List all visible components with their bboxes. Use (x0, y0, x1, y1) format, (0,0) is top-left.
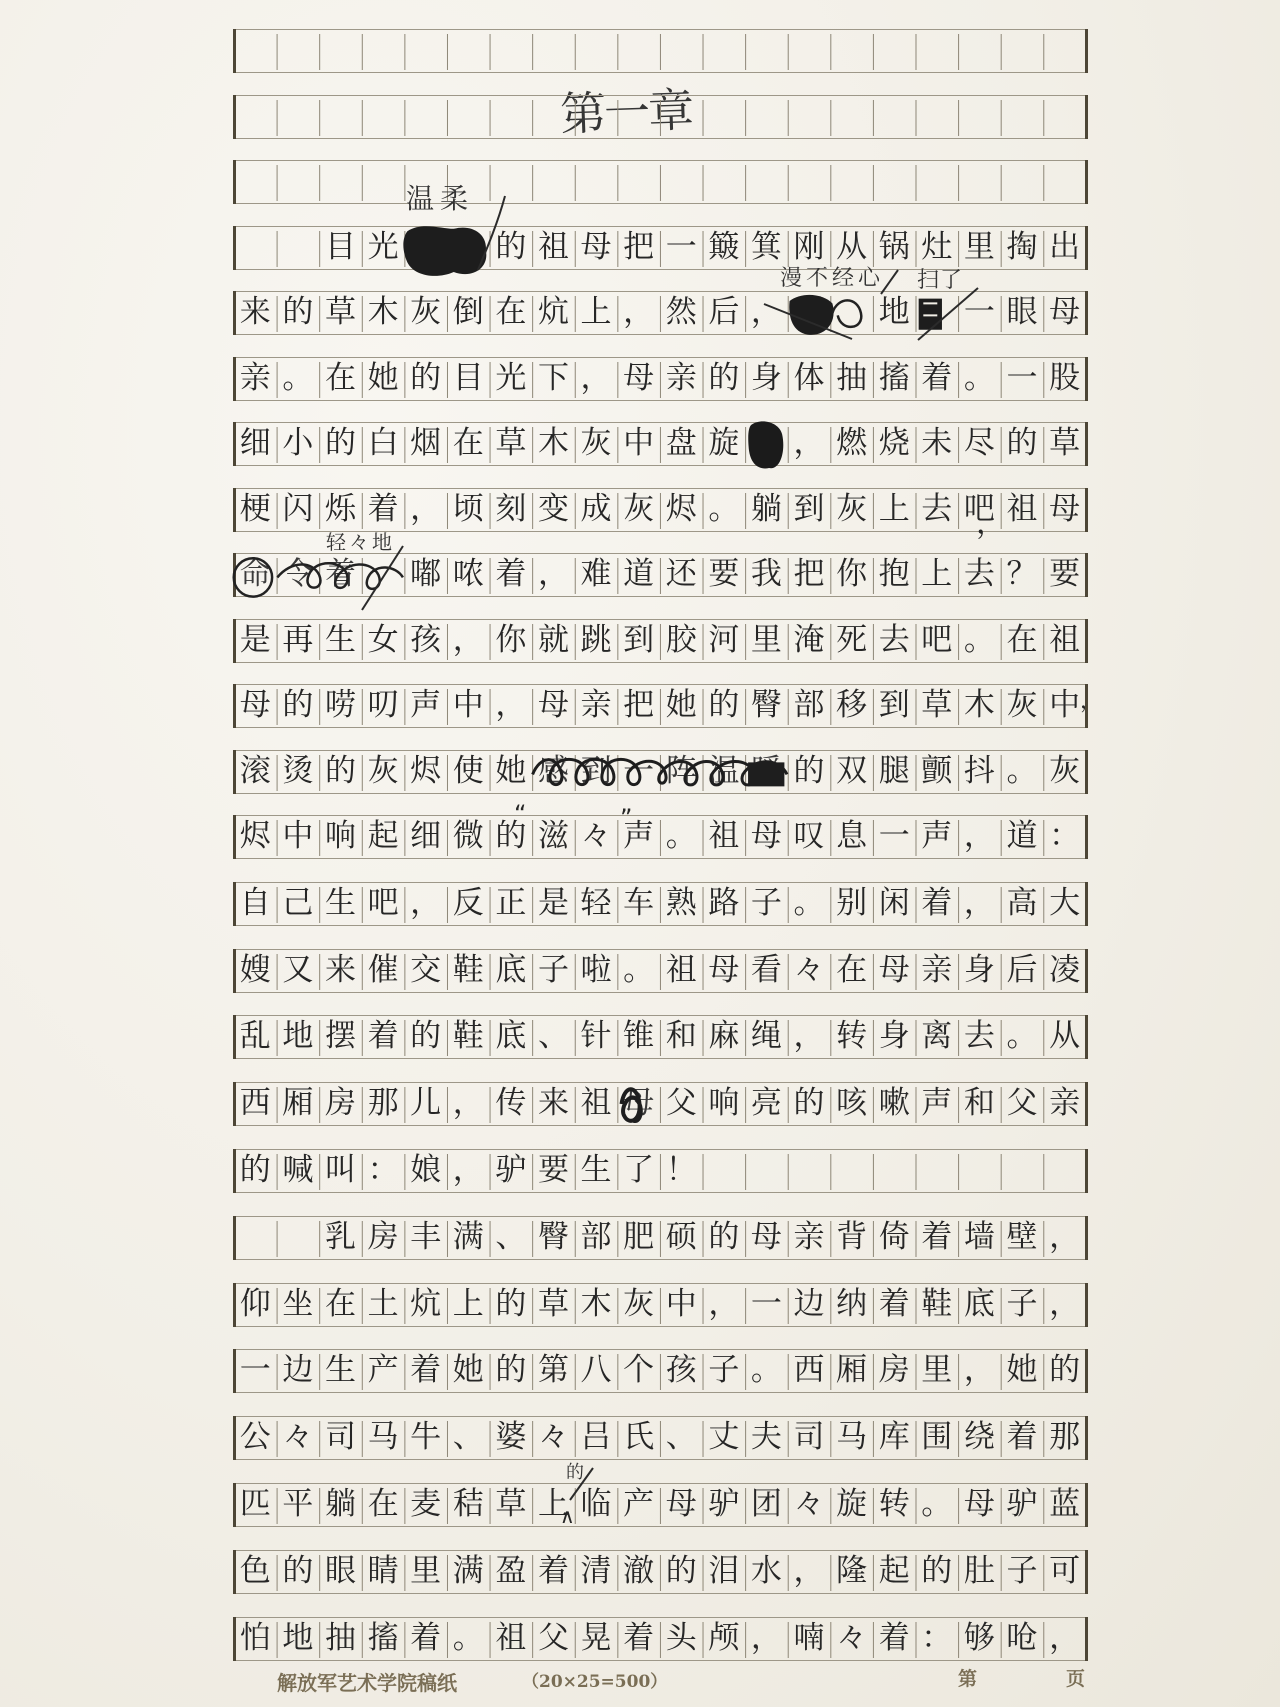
grid-char: 鞋 (447, 1016, 490, 1057)
grid-char: 纳 (830, 1284, 873, 1325)
grid-char: 在 (490, 292, 533, 333)
grid-char: 轻 (575, 883, 618, 924)
blot-scribble-icon (615, 1080, 662, 1128)
grid-char: 子 (532, 950, 575, 991)
grid-char: 滚 (234, 751, 277, 792)
row-text: 目光 的祖母把一簸箕刚从锅灶里掏出 (234, 227, 1086, 269)
grid-char: 那 (1043, 1417, 1086, 1458)
grid-char: 母 (660, 1484, 703, 1525)
grid-char: ， (404, 883, 447, 924)
grid-char: 针 (575, 1016, 618, 1057)
grid-char: 去 (873, 620, 916, 661)
struck-text: 感到一阵温暖 (532, 751, 788, 793)
grid-char: 微 (447, 816, 490, 857)
grid-char: 驴 (703, 1484, 746, 1525)
grid-char: 麻 (703, 1016, 746, 1057)
grid-char: 底 (490, 950, 533, 991)
grid-char: 祖 (660, 950, 703, 991)
grid-char: 要 (532, 1150, 575, 1191)
grid-char: 己 (277, 883, 320, 924)
grid-char: 上 (575, 292, 618, 333)
grid-char: 房 (319, 1083, 362, 1124)
insertion-text: 漫不经心 (780, 268, 884, 290)
grid-char: 一 (745, 1284, 788, 1325)
grid-char: 马 (830, 1417, 873, 1458)
grid-char: 木 (362, 292, 405, 333)
grid-char: 嫂 (234, 950, 277, 991)
row-text: 一边生产着她的第八个孩子。西厢房里，她的 (234, 1350, 1086, 1392)
grid-char: 转 (830, 1016, 873, 1057)
grid-char: 中 (617, 423, 660, 464)
grid-char: 亲 (1043, 1083, 1086, 1124)
grid-char: 交 (404, 950, 447, 991)
grid-char: 亲 (575, 685, 618, 726)
grid-char: 上 (447, 1284, 490, 1325)
grid-char: 厢 (830, 1350, 873, 1391)
grid-char: 满 (447, 1551, 490, 1592)
grid-char: 睛 (362, 1551, 405, 1592)
grid-char: 亲 (788, 1217, 831, 1258)
grid-char: 腿 (873, 751, 916, 792)
margin-comma-mark: ， (1080, 691, 1102, 713)
grid-char: 々 (575, 816, 618, 857)
insertion-caret-mark: ∧ (560, 1506, 575, 1526)
grid-row: 乳房丰满、臀部肥硕的母亲背倚着墙壁， (234, 1216, 1086, 1260)
grid-char: 灰 (830, 489, 873, 530)
grid-char: 路 (703, 883, 746, 924)
insertion-text: 轻々地 (326, 532, 395, 552)
grid-char: 的 (490, 227, 533, 268)
grid-char: 临 (575, 1484, 618, 1525)
grid-char: 马 (362, 1417, 405, 1458)
grid-char: 闲 (873, 883, 916, 924)
grid-char: 河 (703, 620, 746, 661)
grid-char: 眼 (319, 1551, 362, 1592)
row-text: 公々司马牛、婆々吕氏、丈夫司马库围绕着那 (234, 1417, 1086, 1459)
grid-char: 把 (617, 685, 660, 726)
grid-row: 梗闪烁着，顷刻变成灰烬。躺到灰上去吧祖母 ， (234, 488, 1086, 532)
grid-char: 离 (916, 1016, 959, 1057)
grid-char: 的 (277, 1551, 320, 1592)
grid-char: 后 (1001, 950, 1044, 991)
grid-char: 灰 (362, 751, 405, 792)
grid-char: 木 (958, 685, 1001, 726)
grid-char: 々 (277, 1417, 320, 1458)
grid-char: 熟 (660, 883, 703, 924)
grid-char: 梗 (234, 489, 277, 530)
grid-row (234, 29, 1086, 73)
grid-char: 、 (660, 1417, 703, 1458)
page-suffix-label: 页 (1066, 1670, 1085, 1689)
grid-char: 旋 (830, 1484, 873, 1525)
grid-char: 、 (532, 1016, 575, 1057)
open-quote-mark: “ (514, 802, 526, 826)
grid-spec-label: （20×25=500） (522, 1674, 667, 1691)
grid-char: 西 (234, 1083, 277, 1124)
grid-row: 公々司马牛、婆々吕氏、丈夫司马库围绕着那 (234, 1416, 1086, 1460)
grid-char: 躺 (745, 489, 788, 530)
grid-char: 死 (830, 620, 873, 661)
grid-char: 、 (447, 1417, 490, 1458)
grid-char: 里 (745, 620, 788, 661)
grid-row: 是再生女孩，你就跳到胶河里淹死去吧。在祖 (234, 619, 1086, 663)
grid-char: 怕 (234, 1618, 277, 1659)
grid-char: 叹 (788, 816, 831, 857)
grid-char: 下 (532, 358, 575, 399)
grid-char: 孩 (660, 1350, 703, 1391)
grid-char: ， (788, 1551, 831, 1592)
grid-char: 搐 (873, 358, 916, 399)
grid-char: 母 (745, 816, 788, 857)
blot-scribble-icon (786, 289, 875, 337)
grid-char: 。 (1001, 751, 1044, 792)
grid-char: 盈 (490, 1551, 533, 1592)
grid-char: 了 (617, 1150, 660, 1191)
grid-row: 乱地摆着的鞋底、针锥和麻绳，转身离去。从 (234, 1015, 1086, 1059)
grid-char: 和 (958, 1083, 1001, 1124)
grid-char: 双 (830, 751, 873, 792)
grid-char: 绕 (958, 1417, 1001, 1458)
grid-char: 头 (660, 1618, 703, 1659)
insertion-text: 扫了 (917, 270, 963, 292)
grid-char: 生 (319, 620, 362, 661)
grid-row: 滚烫的灰烬使她 的双腿颤抖。灰 感到一阵温暖 (234, 750, 1086, 794)
grid-char: 呛 (1001, 1618, 1044, 1659)
grid-char: 灰 (617, 1284, 660, 1325)
grid-char: 别 (830, 883, 873, 924)
grid-char: 着 (362, 489, 405, 530)
grid-char: 在 (362, 1484, 405, 1525)
grid-char: ， (447, 1150, 490, 1191)
struck-text (745, 423, 788, 465)
grid-char: 抽 (830, 358, 873, 399)
grid-char: 々 (788, 1484, 831, 1525)
grid-char: 母 (575, 227, 618, 268)
blot-scribble-icon (743, 420, 790, 468)
grid-char: 她 (660, 685, 703, 726)
grid-char: 起 (362, 816, 405, 857)
manuscript-paper: 第一章 目光 的祖母把一簸箕刚从锅灶里掏出 温柔 来的草木灰倒在炕上，然后， 地… (0, 0, 1280, 1707)
grid-char: 大 (1043, 883, 1086, 924)
grid-char: 房 (873, 1350, 916, 1391)
grid-char: 母 (1043, 292, 1086, 333)
grid-char: 草 (1043, 423, 1086, 464)
grid-char: 生 (319, 1350, 362, 1391)
row-text: 乱地摆着的鞋底、针锥和麻绳，转身离去。从 (234, 1016, 1086, 1058)
grid-char: 细 (234, 423, 277, 464)
grid-row: 嘟哝着，难道还要我把你抱上去？要 命令着 轻々地 (234, 553, 1086, 597)
grid-char: 使 (447, 751, 490, 792)
grid-char: 生 (319, 883, 362, 924)
grid-char: 木 (575, 1284, 618, 1325)
insertion-text: 的 (566, 1464, 587, 1482)
grid-char: 一 (958, 292, 1001, 333)
grid-char: 的 (404, 358, 447, 399)
grid-char: 亮 (745, 1083, 788, 1124)
grid-char: 麦 (404, 1484, 447, 1525)
grid-char: 身 (958, 950, 1001, 991)
grid-char: 滋 (532, 816, 575, 857)
grid-char: 灰 (404, 292, 447, 333)
grid-char: 厢 (277, 1083, 320, 1124)
grid-char: 蓝 (1043, 1484, 1086, 1525)
grid-char: 里 (916, 1350, 959, 1391)
struck-text (788, 292, 873, 334)
grid-char: 。 (447, 1618, 490, 1659)
grid-char: ， (447, 1083, 490, 1124)
grid-char: 的 (788, 1083, 831, 1124)
grid-char: 去 (958, 554, 1001, 595)
grid-char: 平 (277, 1484, 320, 1525)
grid-row: 匹平躺在麦秸草上临产母驴团々旋转。母驴蓝 的 ∧ (234, 1483, 1086, 1527)
grid-char: 到 (617, 620, 660, 661)
grid-char: 倒 (447, 292, 490, 333)
grid-char: ， (958, 1350, 1001, 1391)
grid-char: 搐 (362, 1618, 405, 1659)
row-text: 烬中响起细微的滋々声。祖母叹息一声，道： (234, 816, 1086, 858)
grid-char: 母 (745, 1217, 788, 1258)
grid-char: 秸 (447, 1484, 490, 1525)
grid-char: 高 (1001, 883, 1044, 924)
grid-char: 箕 (745, 227, 788, 268)
grid-char: 。 (788, 883, 831, 924)
grid-char: 闪 (277, 489, 320, 530)
grid-char: 未 (916, 423, 959, 464)
struck-text: 母 (617, 1083, 660, 1125)
grid-char: 来 (532, 1083, 575, 1124)
grid-char: 草 (532, 1284, 575, 1325)
grid-char: 司 (319, 1417, 362, 1458)
grid-char: 一 (873, 816, 916, 857)
grid-char: 她 (447, 1350, 490, 1391)
grid-char: 尽 (958, 423, 1001, 464)
grid-char: 着 (490, 554, 533, 595)
grid-char: 你 (830, 554, 873, 595)
grid-char: 的 (404, 1016, 447, 1057)
grid-char: 盘 (660, 423, 703, 464)
grid-char: 臀 (745, 685, 788, 726)
grid-char: 眼 (1001, 292, 1044, 333)
grid-char: ， (958, 883, 1001, 924)
grid-char: 八 (575, 1350, 618, 1391)
grid-char: 子 (1001, 1284, 1044, 1325)
grid-char: 儿 (404, 1083, 447, 1124)
grid-char: ： (916, 1618, 959, 1659)
grid-char: 着 (362, 1016, 405, 1057)
grid-char: 目 (319, 227, 362, 268)
grid-char: 那 (362, 1083, 405, 1124)
grid-char: 子 (1001, 1551, 1044, 1592)
grid-char: 燃 (830, 423, 873, 464)
struck-text (404, 227, 489, 269)
grid-char: 的 (234, 1150, 277, 1191)
grid-row (234, 95, 1086, 139)
grid-char: 着 (617, 1618, 660, 1659)
grid-char: 在 (1001, 620, 1044, 661)
grid-char: 车 (617, 883, 660, 924)
grid-char: 到 (788, 489, 831, 530)
grid-char: 响 (703, 1083, 746, 1124)
grid-char: 看 (745, 950, 788, 991)
grid-char: 还 (660, 554, 703, 595)
grid-char: 掏 (1001, 227, 1044, 268)
grid-char: 的 (277, 685, 320, 726)
grid-char: 可 (1043, 1551, 1086, 1592)
grid-char: 水 (745, 1551, 788, 1592)
grid-char: 难 (575, 554, 618, 595)
grid-char: 反 (447, 883, 490, 924)
grid-char: 她 (362, 358, 405, 399)
grid-char: 围 (916, 1417, 959, 1458)
grid-char: 着 (916, 1217, 959, 1258)
grid-char: 在 (447, 423, 490, 464)
grid-char: 的 (277, 292, 320, 333)
loop-scribble-icon (232, 551, 406, 599)
grid-char: 泪 (703, 1551, 746, 1592)
row-text: 母的唠叨声中，母亲把她的臀部移到草木灰中 (234, 685, 1086, 727)
grid-char: 抱 (873, 554, 916, 595)
grid-char: 第 (532, 1350, 575, 1391)
grid-char: 々 (830, 1618, 873, 1659)
insertion-text: 温柔 (406, 185, 474, 213)
grid-char: 々 (532, 1417, 575, 1458)
row-text: 是再生女孩，你就跳到胶河里淹死去吧。在祖 (234, 620, 1086, 662)
grid-char: 一 (234, 1350, 277, 1391)
grid-char: 颤 (916, 751, 959, 792)
grid-row: 来的草木灰倒在炕上，然后， 地 一眼母 漫不经心 扫了 (234, 291, 1086, 335)
grid-char: 哝 (447, 554, 490, 595)
grid-char (234, 227, 277, 268)
grid-char: 是 (234, 620, 277, 661)
grid-char: ， (447, 620, 490, 661)
grid-char: 起 (873, 1551, 916, 1592)
row-text: 仰坐在土炕上的草木灰中，一边纳着鞋底子， (234, 1284, 1086, 1326)
grid-char: 灰 (575, 423, 618, 464)
grid-char: 的 (1043, 1350, 1086, 1391)
grid-char (277, 227, 320, 268)
grid-char: 灰 (1001, 685, 1044, 726)
grid-row: 目光 的祖母把一簸箕刚从锅灶里掏出 温柔 (234, 226, 1086, 270)
grid-char: 上 (916, 554, 959, 595)
grid-char: 。 (958, 358, 1001, 399)
grid-char: 祖 (575, 1083, 618, 1124)
row-text: 自己生吧，反正是轻车熟路子。别闲着，高大 (234, 883, 1086, 925)
grid-char: 凌 (1043, 950, 1086, 991)
grid-char: 声 (404, 685, 447, 726)
grid-char: 臀 (532, 1217, 575, 1258)
grid-char: 倚 (873, 1217, 916, 1258)
row-text: 嫂又来催交鞋底子啦。祖母看々在母亲身后凌 (234, 950, 1086, 992)
grid-char: 着 (873, 1284, 916, 1325)
grid-char: 抽 (319, 1618, 362, 1659)
grid-char: 丈 (703, 1417, 746, 1458)
grid-char: 烁 (319, 489, 362, 530)
grid-char: 部 (575, 1217, 618, 1258)
grid-char: 从 (830, 227, 873, 268)
grid-char: 道 (617, 554, 660, 595)
grid-char: 白 (362, 423, 405, 464)
grid-char: 地 (277, 1016, 320, 1057)
grid-char: 锥 (617, 1016, 660, 1057)
grid-char: 澈 (617, 1551, 660, 1592)
grid-char: 中 (447, 685, 490, 726)
grid-char: 着 (532, 1551, 575, 1592)
grid-char: ， (404, 489, 447, 530)
grid-char: 来 (234, 292, 277, 333)
grid-char: 胶 (660, 620, 703, 661)
grid-char: 司 (788, 1417, 831, 1458)
grid-char: 丰 (404, 1217, 447, 1258)
grid-char: 子 (745, 883, 788, 924)
grid-char: 吕 (575, 1417, 618, 1458)
grid-char (277, 1217, 320, 1258)
grid-char: 烬 (234, 816, 277, 857)
grid-char: 土 (362, 1284, 405, 1325)
grid-row: 烬中响起细微的滋々声。祖母叹息一声，道： “ ” (234, 815, 1086, 859)
grid-char: 旋 (703, 423, 746, 464)
grid-char: 正 (490, 883, 533, 924)
grid-char: 的 (660, 1551, 703, 1592)
grid-char: 木 (532, 423, 575, 464)
grid-char: 去 (916, 489, 959, 530)
grid-char: ？ (1001, 554, 1044, 595)
grid-char: 把 (617, 227, 660, 268)
grid-char: 烫 (277, 751, 320, 792)
grid-char: 灰 (1043, 751, 1086, 792)
grid-char: 顷 (447, 489, 490, 530)
grid-char: ， (1043, 1618, 1086, 1659)
grid-char: 光 (490, 358, 533, 399)
grid-char: 生 (575, 1150, 618, 1191)
grid-row: 怕地抽搐着。祖父晃着头颅，喃々着：够呛， (234, 1617, 1086, 1661)
grid-char: 仰 (234, 1284, 277, 1325)
grid-char: 上 (873, 489, 916, 530)
grid-char: 是 (532, 883, 575, 924)
page-prefix-label: 第 (958, 1670, 977, 1689)
grid-char: 去 (958, 1016, 1001, 1057)
grid-char: ， (788, 423, 831, 464)
grid-char: 颅 (703, 1618, 746, 1659)
grid-row: 嫂又来催交鞋底子啦。祖母看々在母亲身后凌 (234, 949, 1086, 993)
grid-char: 地 (277, 1618, 320, 1659)
grid-char: ， (1043, 1217, 1086, 1258)
grid-char: 孩 (404, 620, 447, 661)
grid-char: 叨 (362, 685, 405, 726)
grid-char: 成 (575, 489, 618, 530)
grid-char: 乱 (234, 1016, 277, 1057)
grid-char: 喊 (277, 1150, 320, 1191)
grid-char: 祖 (703, 816, 746, 857)
grid-char: 乳 (319, 1217, 362, 1258)
grid-char: 母 (532, 685, 575, 726)
grid-char: 鞋 (447, 950, 490, 991)
grid-char: 的 (703, 685, 746, 726)
grid-char: 清 (575, 1551, 618, 1592)
grid-char: 的 (1001, 423, 1044, 464)
grid-row: 的喊叫：娘，驴要生了！ (234, 1149, 1086, 1193)
grid-char: 声 (916, 1083, 959, 1124)
grid-char: 小 (277, 423, 320, 464)
grid-char: 从 (1043, 1016, 1086, 1057)
grid-char: 满 (447, 1217, 490, 1258)
grid-char: 响 (319, 816, 362, 857)
grid-char: 女 (362, 620, 405, 661)
grid-char: 吧 (362, 883, 405, 924)
paper-label: 解放军艺术学院稿纸 (277, 1673, 457, 1693)
grid-char: 隆 (830, 1551, 873, 1592)
loop-scribble-icon (530, 748, 790, 796)
grid-char: 父 (660, 1083, 703, 1124)
